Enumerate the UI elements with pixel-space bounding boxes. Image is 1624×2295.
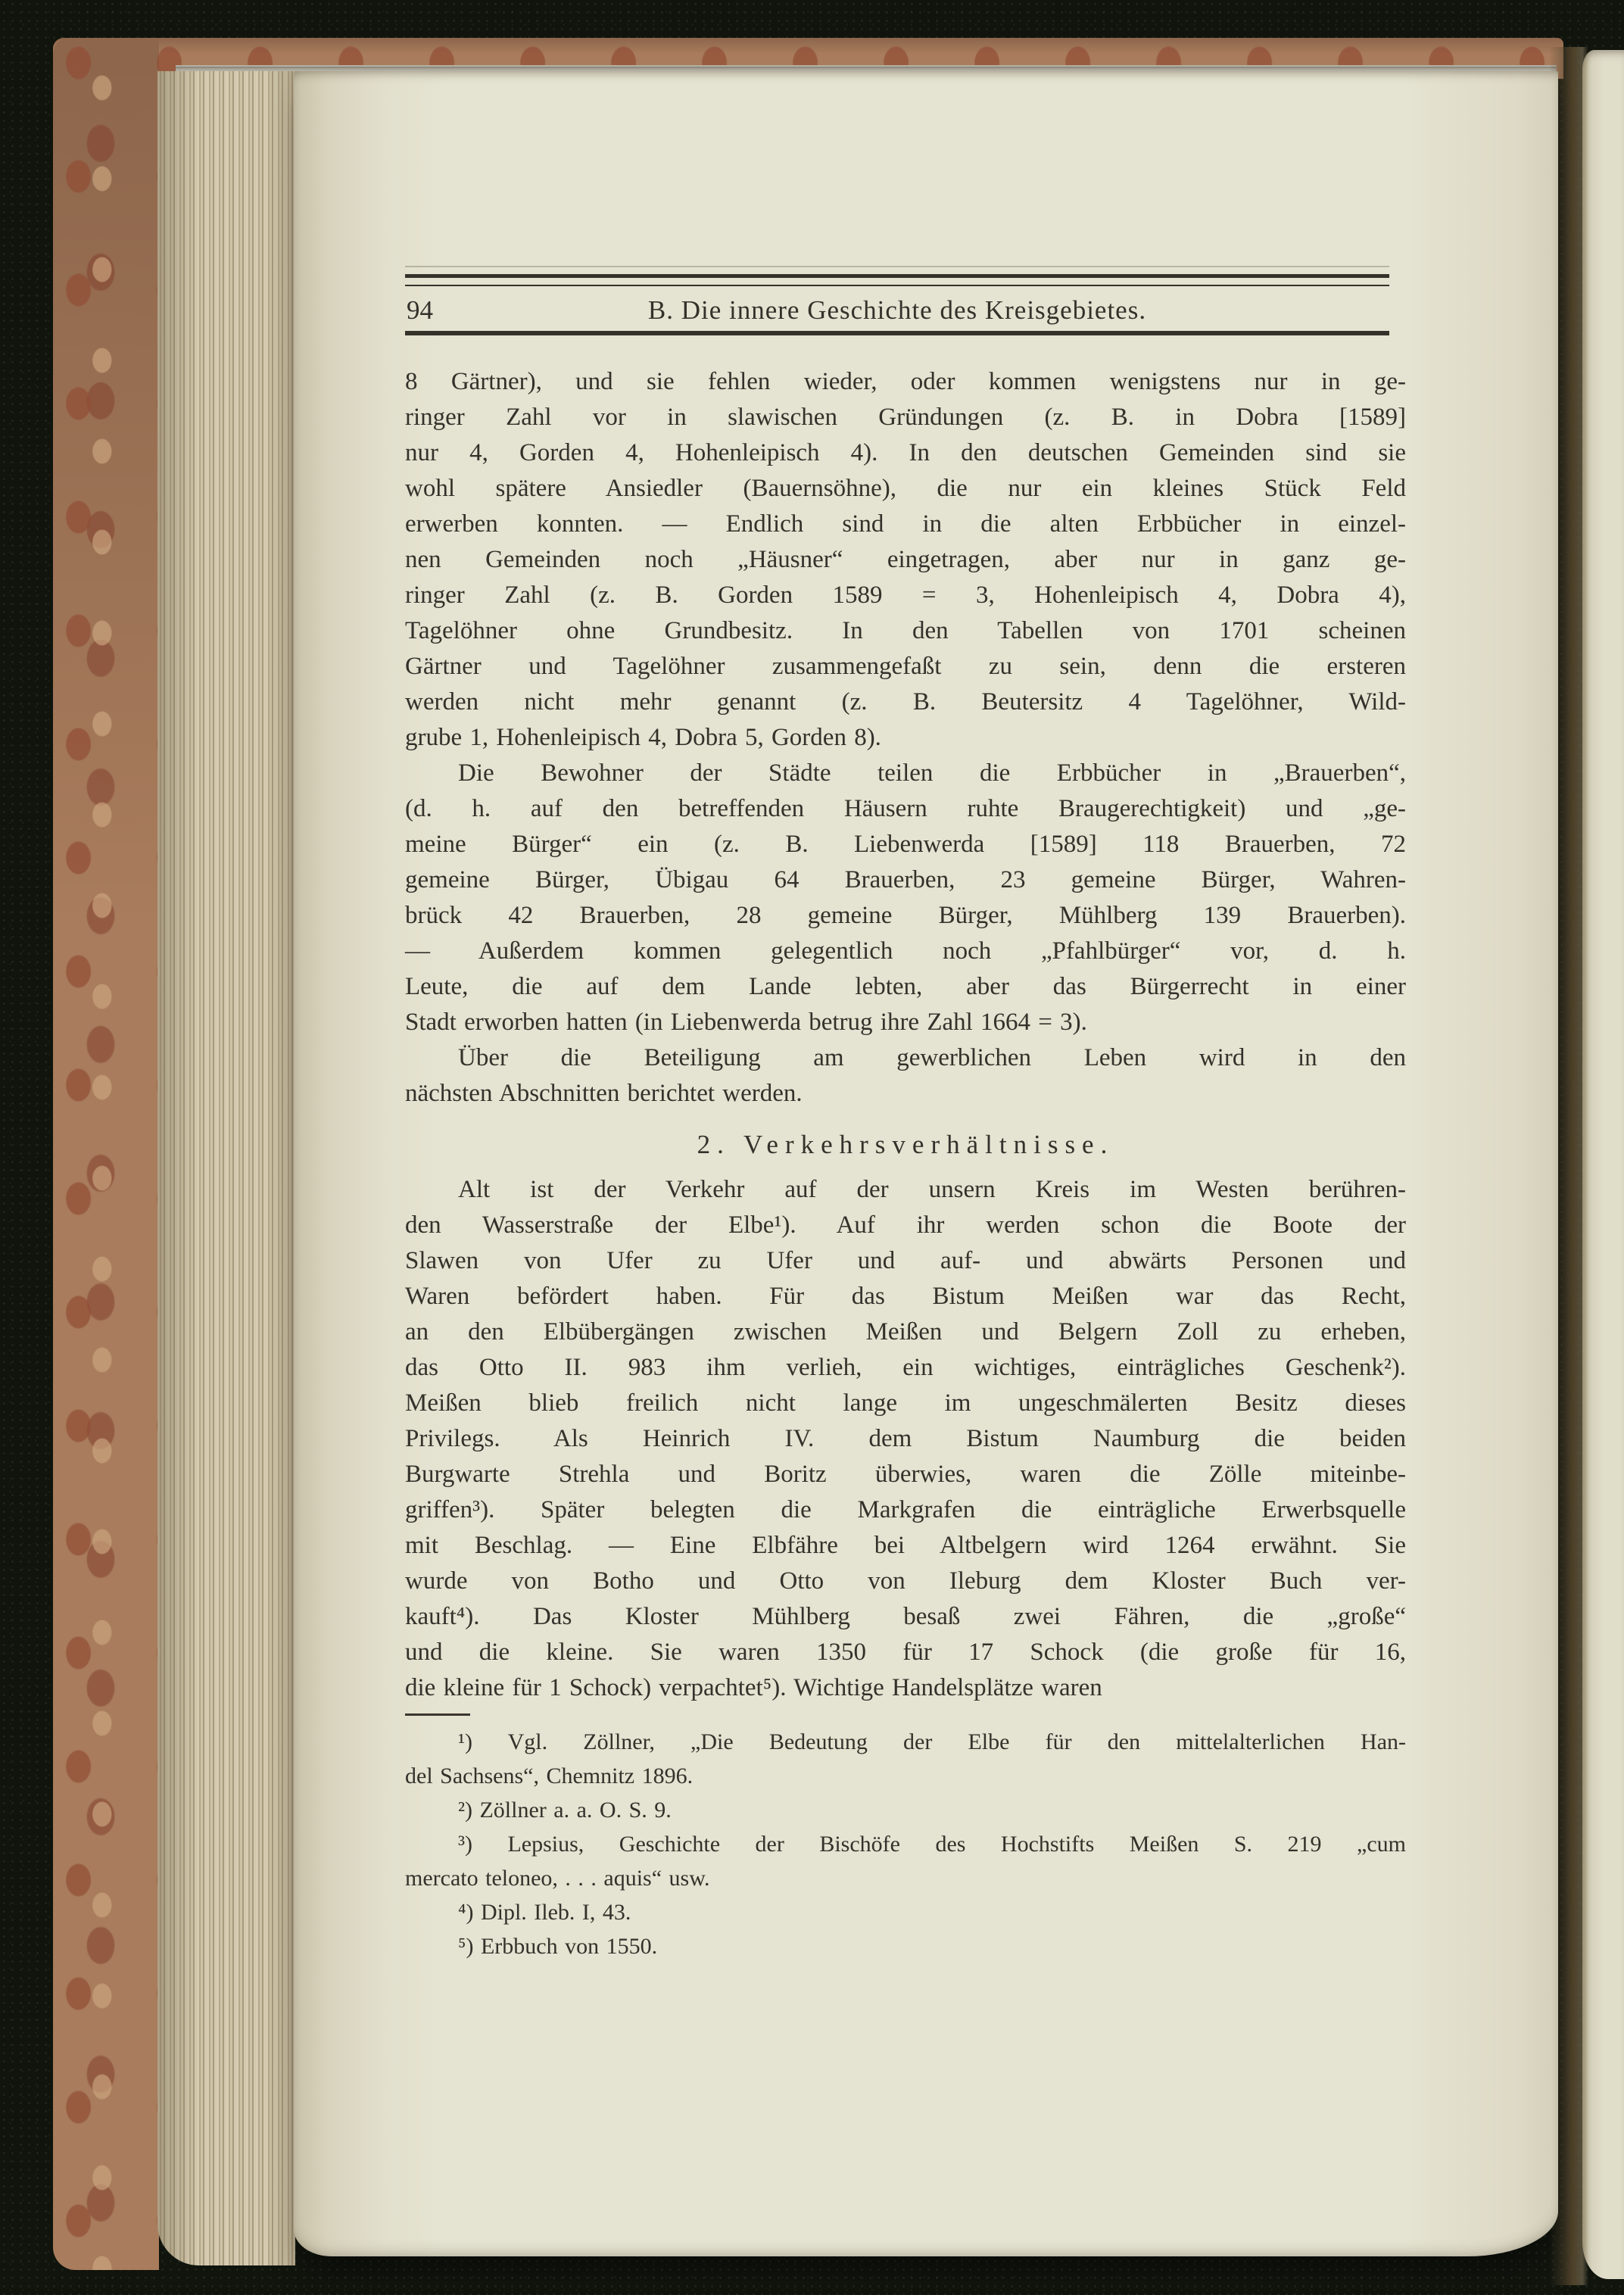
text-line: Die Bewohner der Städte teilen die Erbbü… [405,756,1406,791]
text-line: ringer Zahl vor in slawischen Gründungen… [405,400,1406,435]
text-line: ³) Lepsius, Geschichte der Bischöfe des … [405,1827,1406,1861]
text-line: Waren befördert haben. Für das Bistum Me… [405,1279,1406,1314]
paragraph: Über die Beteiligung am gewerblichen Leb… [405,1040,1406,1112]
book-scan: 94 B. Die innere Geschichte des Kreisgeb… [0,0,1624,2295]
text-line: an den Elbübergängen zwischen Meißen und… [405,1314,1406,1350]
text-line: und die kleine. Sie waren 1350 für 17 Sc… [405,1635,1406,1670]
header-rule-faint [405,266,1389,267]
page-stack-fore-edges [157,71,295,2265]
facing-page-edge [1582,50,1624,2279]
text-line: werden nicht mehr genannt (z. B. Beuters… [405,684,1406,720]
text-line: — Außerdem kommen gelegentlich noch „Pfa… [405,934,1406,969]
text-line: (d. h. auf den betreffenden Häusern ruht… [405,791,1406,827]
text-line: Slawen von Ufer zu Ufer und auf- und abw… [405,1243,1406,1279]
page-header: 94 B. Die innere Geschichte des Kreisgeb… [405,292,1389,329]
text-line: meine Bürger“ ein (z. B. Liebenwerda [15… [405,827,1406,862]
paragraph: Alt ist der Verkehr auf der unsern Kreis… [405,1172,1406,1706]
footnote: ¹) Vgl. Zöllner, „Die Bedeutung der Elbe… [405,1725,1406,1793]
text-line: Gärtner und Tagelöhner zusammengefaßt zu… [405,649,1406,684]
text-line: ¹) Vgl. Zöllner, „Die Bedeutung der Elbe… [405,1725,1406,1759]
text-line: 8 Gärtner), und sie fehlen wieder, oder … [405,364,1406,400]
footnote: ³) Lepsius, Geschichte der Bischöfe des … [405,1827,1406,1895]
text-line: mit Beschlag. — Eine Elbfähre bei Altbel… [405,1528,1406,1564]
section-heading: 2. Verkehrsverhältnisse. [405,1127,1406,1163]
text-line: ²) Zöllner a. a. O. S. 9. [405,1793,1406,1827]
footnote: ⁴) Dipl. Ileb. I, 43. [405,1895,1406,1929]
text-line: ⁴) Dipl. Ileb. I, 43. [405,1895,1406,1929]
text-line: Stadt erworben hatten (in Liebenwerda be… [405,1005,1406,1040]
text-line: wohl spätere Ansiedler (Bauernsöhne), di… [405,471,1406,507]
book-cover-edge-left [53,38,159,2270]
header-rule-bottom [405,331,1389,335]
text-line: Privilegs. Als Heinrich IV. dem Bistum N… [405,1421,1406,1457]
footnote: ²) Zöllner a. a. O. S. 9. [405,1793,1406,1827]
text-line: grube 1, Hohenleipisch 4, Dobra 5, Gorde… [405,720,1406,756]
text-line: erwerben konnten. — Endlich sind in die … [405,507,1406,542]
paragraph: Die Bewohner der Städte teilen die Erbbü… [405,756,1406,1040]
text-line: Über die Beteiligung am gewerblichen Leb… [405,1040,1406,1076]
text-line: nur 4, Gorden 4, Hohenleipisch 4). In de… [405,435,1406,471]
text-line: ⁵) Erbbuch von 1550. [405,1929,1406,1963]
text-line: wurde von Botho und Otto von Ileburg dem… [405,1564,1406,1599]
text-column: 8 Gärtner), und sie fehlen wieder, oder … [405,364,1406,1963]
paragraph: 8 Gärtner), und sie fehlen wieder, oder … [405,364,1406,756]
text-line: nen Gemeinden noch „Häusner“ eingetragen… [405,542,1406,578]
text-line: Burgwarte Strehla und Boritz überwies, w… [405,1457,1406,1492]
text-line: Alt ist der Verkehr auf der unsern Kreis… [405,1172,1406,1208]
text-line: Tagelöhner ohne Grundbesitz. In den Tabe… [405,613,1406,649]
text-line: brück 42 Brauerben, 28 gemeine Bürger, M… [405,898,1406,934]
text-line: mercato teloneo, . . . aquis“ usw. [405,1861,1406,1895]
text-line: den Wasserstraße der Elbe¹). Auf ihr wer… [405,1208,1406,1243]
text-line: gemeine Bürger, Übigau 64 Brauerben, 23 … [405,862,1406,898]
text-line: ringer Zahl (z. B. Gorden 1589 = 3, Hohe… [405,578,1406,613]
footnote-separator [405,1713,470,1716]
header-rule-top-thin [405,285,1389,286]
text-line: Meißen blieb freilich nicht lange im ung… [405,1386,1406,1421]
text-line: die kleine für 1 Schock) verpachtet⁵). W… [405,1670,1406,1706]
text-line: das Otto II. 983 ihm verlieh, ein wichti… [405,1350,1406,1386]
text-line: griffen³). Später belegten die Markgrafe… [405,1492,1406,1528]
text-line: Leute, die auf dem Lande lebten, aber da… [405,969,1406,1005]
footnote: ⁵) Erbbuch von 1550. [405,1929,1406,1963]
header-rule-top-thick [405,274,1389,278]
text-line: del Sachsens“, Chemnitz 1896. [405,1759,1406,1793]
text-line: nächsten Abschnitten berichtet werden. [405,1076,1406,1112]
text-line: kauft⁴). Das Kloster Mühlberg besaß zwei… [405,1599,1406,1635]
footnotes: ¹) Vgl. Zöllner, „Die Bedeutung der Elbe… [405,1725,1406,1963]
running-title: B. Die innere Geschichte des Kreisgebiet… [405,292,1389,329]
